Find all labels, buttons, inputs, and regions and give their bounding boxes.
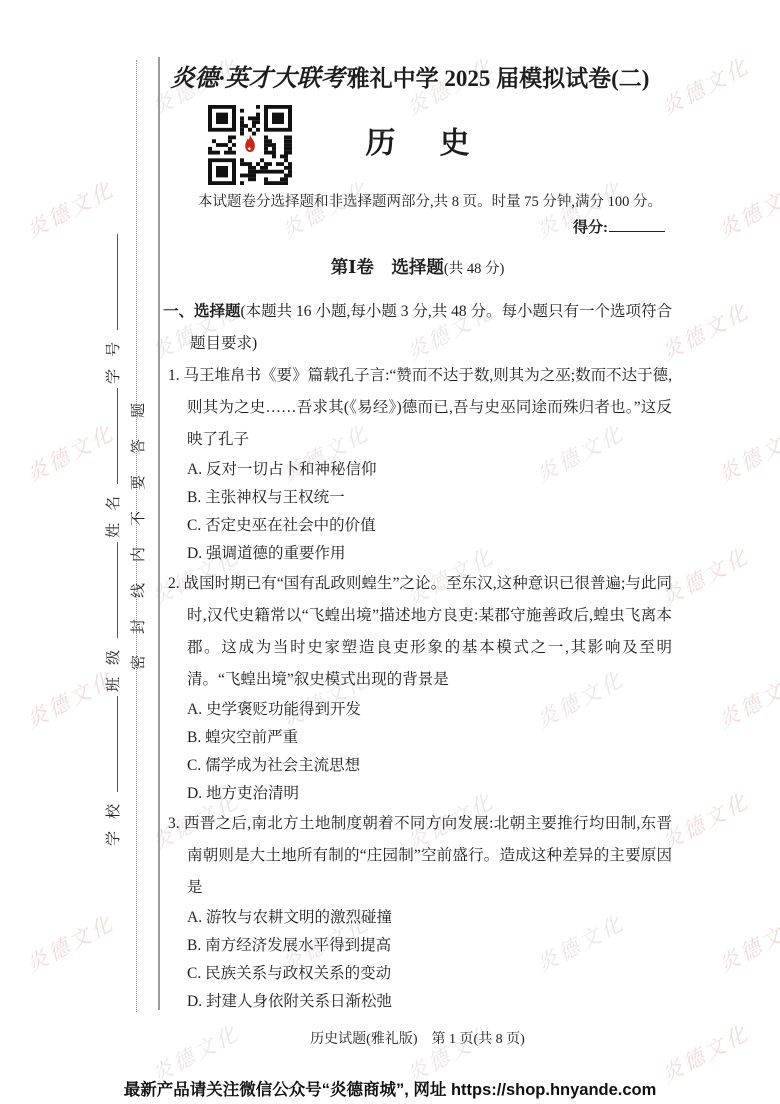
seal-notice: 密封线内不要答题 <box>127 376 149 676</box>
option-a: A. 史学褒贬功能得到开发 <box>168 696 672 724</box>
question: 3. 西晋之后,南北方土地制度朝着不同方向发展:北朝主要推行均田制,东晋南朝则是… <box>163 808 672 1016</box>
brand-watermark: 炎德文化 <box>713 417 780 489</box>
question-number: 1. <box>168 367 184 384</box>
student-info-fields: 学校班级姓名学号 <box>102 198 124 878</box>
question: 2. 战国时期已有“国有乱政则蝗生”之论。至东汉,这种意识已很普遍;与此同时,汉… <box>163 568 672 808</box>
option-c: C. 否定史巫在社会中的价值 <box>168 512 672 540</box>
exam-title-brand: 炎德·英才大联考 <box>171 66 345 92</box>
exam-instructions: 本试题卷分选择题和非选择题两部分,共 8 页。时量 75 分钟,满分 100 分… <box>198 190 662 211</box>
scanned-exam-page: { "header": { "title_script": "炎德·英才大联考"… <box>0 0 780 1104</box>
option-d: D. 强调道德的重要作用 <box>168 540 672 568</box>
question-stem: 3. 西晋之后,南北方土地制度朝着不同方向发展:北朝主要推行均田制,东晋南朝则是… <box>168 808 672 904</box>
exam-title-rest: 雅礼中学 2025 届模拟试卷(二) <box>347 66 650 91</box>
brand-watermark: 炎德文化 <box>21 907 120 979</box>
option-d: D. 封建人身依附关系日渐松弛 <box>168 988 672 1016</box>
question-stem: 2. 战国时期已有“国有乱政则蝗生”之论。至东汉,这种意识已很普遍;与此同时,汉… <box>168 568 672 696</box>
question-number: 3. <box>168 815 184 832</box>
brand-watermark: 炎德文化 <box>713 173 780 245</box>
option-c: C. 民族关系与政权关系的变动 <box>168 960 672 988</box>
section-title: 第Ⅰ卷 选择题(共 48 分) <box>163 254 672 279</box>
page-footer: 历史试题(雅礼版) 第 1 页(共 8 页) <box>163 1028 672 1048</box>
score-line: 得分: <box>163 216 665 237</box>
score-label: 得分: <box>573 220 608 236</box>
brand-watermark: 炎德文化 <box>713 907 780 979</box>
subject-char: 史 <box>440 118 470 162</box>
question-body: 一、选择题(本题共 16 小题,每小题 3 分,共 48 分。每小题只有一个选项… <box>163 296 672 1016</box>
option-b: B. 主张神权与王权统一 <box>168 484 672 512</box>
question: 1. 马王堆帛书《要》篇载孔子言:“赞而不达于数,则其为之巫;数而不达于德,则其… <box>163 360 672 568</box>
question-stem: 1. 马王堆帛书《要》篇载孔子言:“赞而不达于数,则其为之巫;数而不达于德,则其… <box>168 360 672 456</box>
score-blank <box>609 218 665 232</box>
option-a: A. 反对一切占卜和神秘信仰 <box>168 456 672 484</box>
subject-title: 历 史 <box>163 118 672 162</box>
option-c: C. 儒学成为社会主流思想 <box>168 752 672 780</box>
student-field-blank <box>113 234 118 330</box>
option-a: A. 游牧与农耕文明的激烈碰撞 <box>168 904 672 932</box>
exam-title: 炎德·英才大联考雅礼中学 2025 届模拟试卷(二) <box>110 58 710 93</box>
student-field-label: 学校 <box>106 792 122 846</box>
question-number: 2. <box>168 575 184 592</box>
option-b: B. 南方经济发展水平得到提高 <box>168 932 672 960</box>
student-field-blank <box>113 696 118 792</box>
student-field-blank <box>113 388 118 484</box>
brand-watermark: 炎德文化 <box>713 663 780 735</box>
student-field-label: 学号 <box>106 330 122 384</box>
option-d: D. 地方吏治清明 <box>168 780 672 808</box>
part-heading: 一、选择题(本题共 16 小题,每小题 3 分,共 48 分。每小题只有一个选项… <box>163 296 672 360</box>
student-field-label: 班级 <box>106 638 122 692</box>
subject-char: 历 <box>366 118 396 162</box>
promo-bar: 最新产品请关注微信公众号“炎德商城”, 网址 https://shop.hnya… <box>0 1076 780 1100</box>
question-list: 1. 马王堆帛书《要》篇载孔子言:“赞而不达于数,则其为之巫;数而不达于德,则其… <box>163 360 672 1016</box>
seal-solid-line <box>158 57 160 1010</box>
option-b: B. 蝗灾空前严重 <box>168 724 672 752</box>
student-field-blank <box>113 542 118 638</box>
student-field-label: 姓名 <box>106 484 122 538</box>
